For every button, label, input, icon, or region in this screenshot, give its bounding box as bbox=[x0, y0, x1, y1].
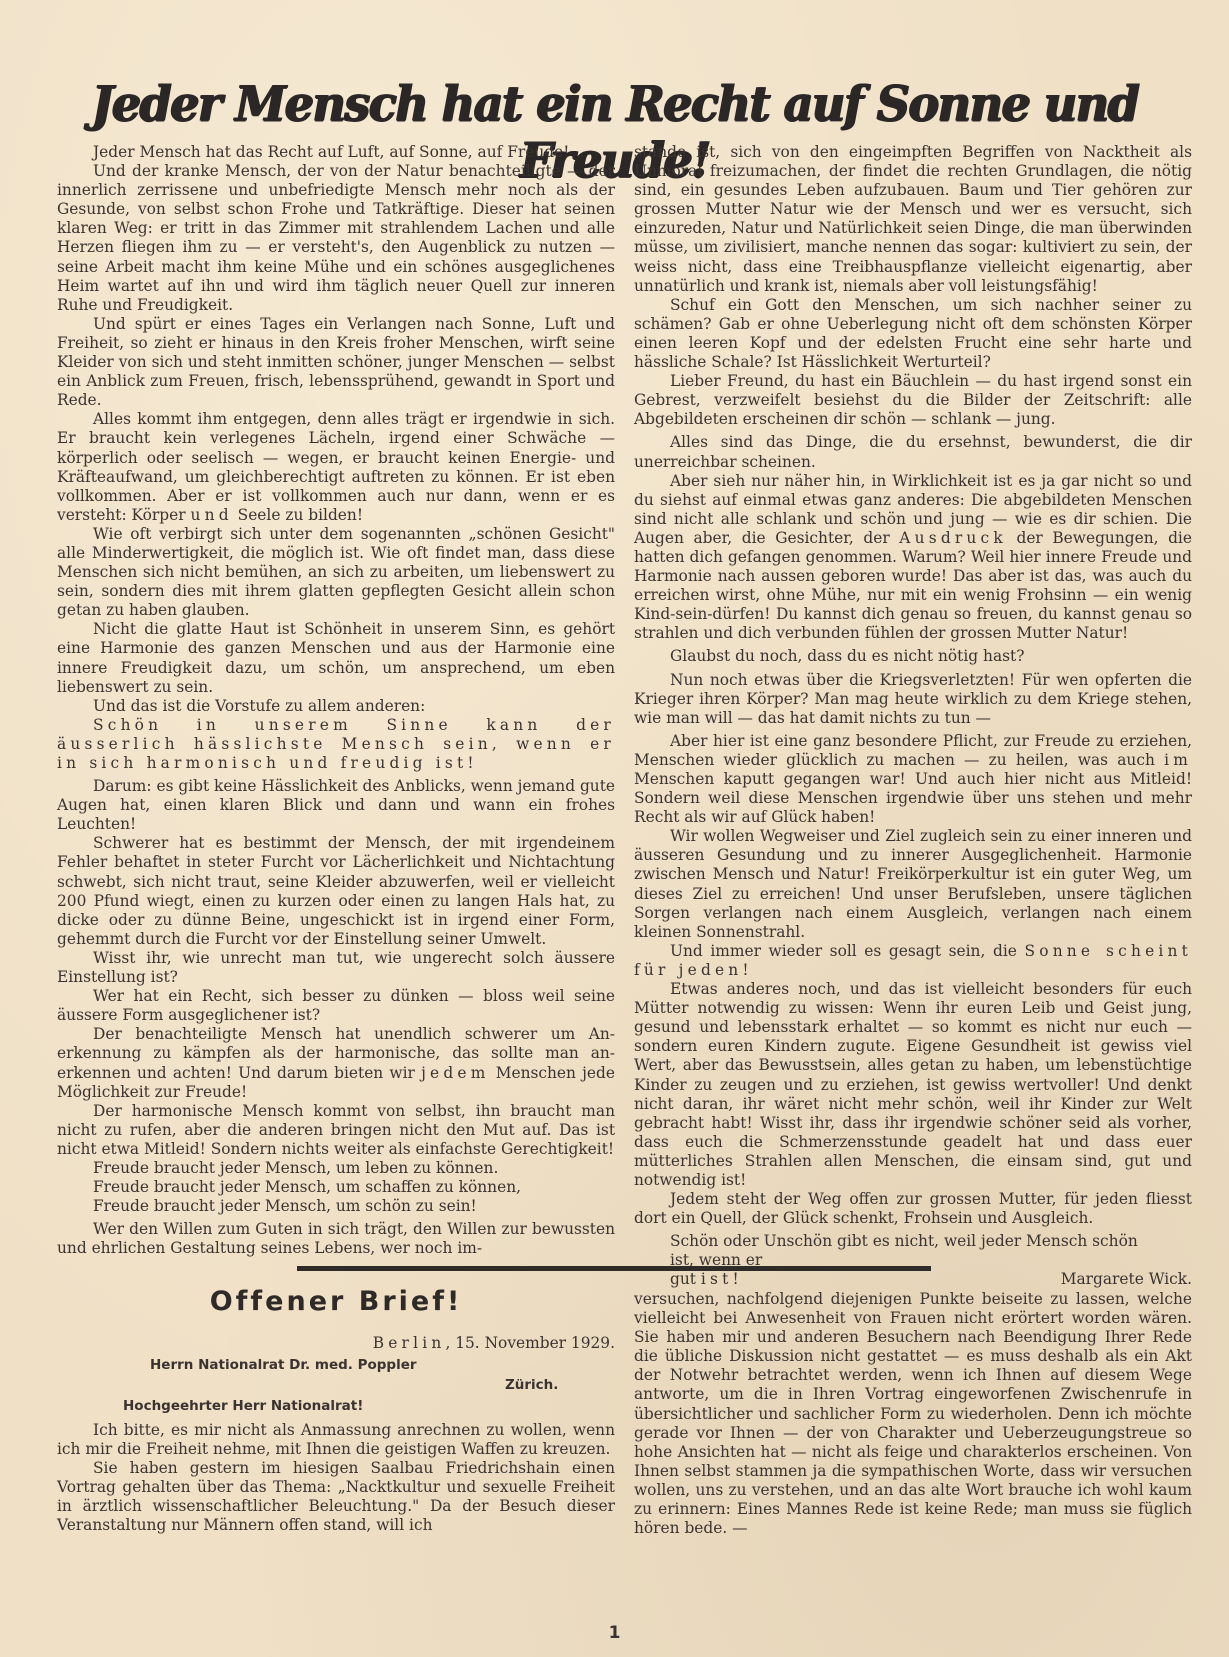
paragraph: Der benachteiligte Mensch hat unendlich … bbox=[57, 1025, 615, 1101]
paragraph: Nun noch etwas über die Kriegsverletzten… bbox=[634, 671, 1192, 728]
spaced-emphasis: und bbox=[190, 506, 232, 524]
paragraph: Wir wollen Wegweiser und Ziel zugleich s… bbox=[634, 827, 1192, 942]
paragraph: Jedem steht der Weg offen zur grossen Mu… bbox=[634, 1190, 1192, 1228]
paragraph: Etwas anderes noch, und das ist vielleic… bbox=[634, 980, 1192, 1190]
paragraph: Wer hat ein Recht, sich besser zu dünken… bbox=[57, 987, 615, 1025]
paragraph: Freude braucht jeder Mensch, um leben zu… bbox=[57, 1159, 615, 1178]
spaced-emphasis: ist! bbox=[701, 1270, 743, 1288]
paragraph: Und der kranke Mensch, der von der Natur… bbox=[57, 162, 615, 315]
paragraph: Und immer wieder soll es gesagt sein, di… bbox=[634, 942, 1192, 980]
letter-addressee: Herrn Nationalrat Dr. med. Poppler bbox=[150, 1357, 417, 1373]
spaced-emphasis: Ausdruck bbox=[899, 529, 1007, 547]
spaced-emphasis: jedem bbox=[421, 1064, 489, 1082]
paragraph: Freude braucht jeder Mensch, um schaffen… bbox=[57, 1178, 615, 1197]
paragraph: Sie haben gestern im hiesigen Saalbau Fr… bbox=[57, 1459, 615, 1535]
letter-column-left: Ich bitte, es mir nicht als Anmassung an… bbox=[57, 1421, 615, 1536]
paragraph: Alles kommt ihm entgegen, denn alles trä… bbox=[57, 410, 615, 525]
paragraph: Aber hier ist eine ganz besondere Pflich… bbox=[634, 732, 1192, 827]
letter-salutation: Hochgeehrter Herr Nationalrat! bbox=[123, 1398, 363, 1414]
paragraph: Schwerer hat es bestimmt der Mensch, der… bbox=[57, 834, 615, 949]
paragraph: Aber sieh nur näher hin, in Wirklichkeit… bbox=[634, 472, 1192, 644]
paragraph: Jeder Mensch hat das Recht auf Luft, auf… bbox=[57, 143, 615, 162]
paragraph: Alles sind das Dinge, die du ersehnst, b… bbox=[634, 433, 1192, 471]
letter-column-right: versuchen, nachfolgend diejenigen Punkte… bbox=[634, 1290, 1192, 1538]
paragraph: Nicht die glatte Haut ist Schönheit in u… bbox=[57, 620, 615, 696]
paragraph: Darum: es gibt keine Hässlichkeit des An… bbox=[57, 777, 615, 834]
spaced-emphasis-paragraph: Schön in unserem Sinne kann der äusserli… bbox=[57, 716, 615, 773]
section-divider bbox=[297, 1266, 931, 1271]
article-column-right: stande ist, sich von den eingeimpften Be… bbox=[634, 143, 1192, 1290]
spaced-emphasis: im bbox=[1164, 751, 1192, 769]
paragraph: Der harmonische Mensch kommt von selbst,… bbox=[57, 1102, 615, 1159]
letter-city: Zürich. bbox=[505, 1377, 558, 1393]
paragraph: stande ist, sich von den eingeimpften Be… bbox=[634, 143, 1192, 296]
paragraph: Glaubst du noch, dass du es nicht nötig … bbox=[634, 647, 1192, 666]
author-signature: Margarete Wick. bbox=[1025, 1270, 1192, 1289]
paragraph: Freude braucht jeder Mensch, um schön zu… bbox=[57, 1197, 615, 1216]
paragraph: Wie oft verbirgt sich unter dem sogenann… bbox=[57, 525, 615, 620]
letter-title: Offener Brief! bbox=[57, 1286, 615, 1317]
article-column-left: Jeder Mensch hat das Recht auf Luft, auf… bbox=[57, 143, 615, 1258]
paragraph: Wer den Willen zum Guten in sich trägt, … bbox=[57, 1220, 615, 1258]
paragraph: Ich bitte, es mir nicht als Anmassung an… bbox=[57, 1421, 615, 1459]
page-number: 1 bbox=[0, 1623, 1229, 1643]
paragraph: Schön oder Unschön gibt es nicht, weil j… bbox=[634, 1232, 1192, 1251]
paragraph: Und spürt er eines Tages ein Verlangen n… bbox=[57, 315, 615, 410]
letter-date: Berlin, 15. November 1929. bbox=[57, 1334, 615, 1352]
paragraph: Und das ist die Vorstufe zu allem andere… bbox=[57, 697, 615, 716]
paragraph: Lieber Freund, du hast ein Bäuchlein — d… bbox=[634, 372, 1192, 429]
paragraph: Schuf ein Gott den Menschen, um sich nac… bbox=[634, 296, 1192, 372]
paragraph: versuchen, nachfolgend diejenigen Punkte… bbox=[634, 1290, 1192, 1538]
signature-line: gut ist! Margarete Wick. bbox=[634, 1270, 1192, 1289]
paragraph: Wisst ihr, wie unrecht man tut, wie unge… bbox=[57, 949, 615, 987]
